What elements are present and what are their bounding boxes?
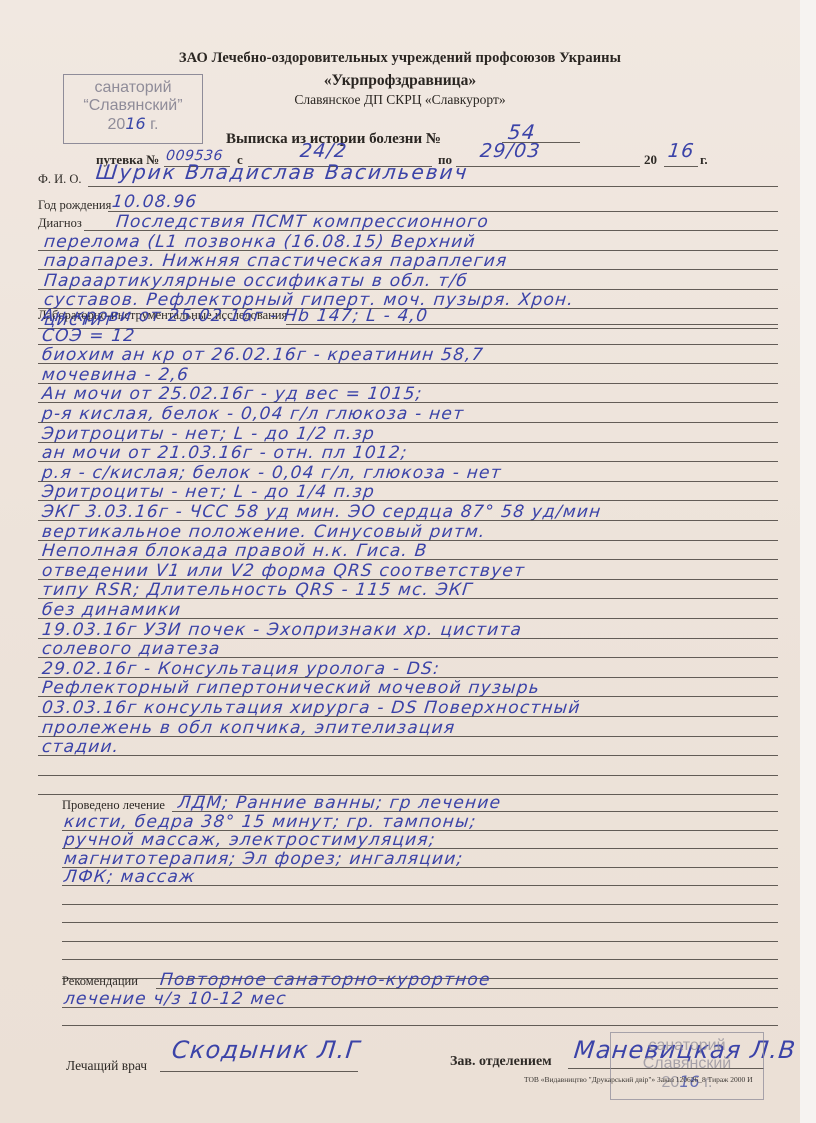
labs-line-text: без динамики — [41, 600, 182, 620]
labs-line-text: стадии. — [41, 737, 120, 757]
treat-line-text: кисти, бедра 38° 15 минут; гр. тампоны; — [63, 812, 478, 832]
ruled-line — [38, 736, 778, 737]
stamp-bottom-line1: санаторий — [611, 1037, 763, 1055]
scan-edge — [800, 0, 816, 1123]
voucher-year-line — [664, 166, 698, 167]
labs-line-text: ан мочи от 21.03.16г - отн. пл 1012; — [41, 443, 409, 463]
patient-name: Шурик Владислав Васильевич — [95, 160, 470, 184]
doctor-label: Лечащий врач — [66, 1058, 147, 1074]
diag-line-text: Последствия ПСМТ компрессионного — [115, 212, 490, 232]
treat-line-text: магнитотерапия; Эл форез; ингаляции; — [63, 849, 465, 869]
treat-line-text: ЛФК; массаж — [63, 867, 197, 887]
printer-note: ТОВ «Видавництво "Друкарський двір"» Зак… — [524, 1075, 753, 1084]
ruled-line — [286, 324, 778, 325]
treat-line-text: ручной массаж, электростимуляция; — [63, 830, 437, 850]
recommendations-label: Рекомендации — [62, 974, 138, 989]
treatment-label: Проведено лечение — [62, 798, 165, 813]
labs-line-text: мочевина - 2,6 — [41, 365, 190, 385]
diag-line-text: парапарез. Нижняя спастическая параплеги… — [43, 251, 509, 271]
birth-date: 10.08.96 — [111, 192, 198, 212]
labs-line-text: Неполная блокада правой н.к. Гиса. В — [41, 541, 429, 561]
labs-line-text: биохим ан кр от 26.02.16г - креатинин 58… — [41, 345, 485, 365]
ruled-line — [38, 755, 778, 756]
sanatorium-stamp-bottom: санаторий Славянский 2016 г. — [610, 1032, 764, 1100]
labs-line-text: типу RSR; Длительность QRS - 115 мс. ЭКГ — [41, 580, 474, 600]
ruled-line — [38, 716, 778, 717]
voucher-year-handwritten: 16 — [667, 140, 696, 162]
labs-line-text: Ан мочи от 25.02.16г - уд вес = 1015; — [41, 384, 424, 404]
ruled-line — [62, 1007, 778, 1008]
recs-line-text: Повторное санаторно-курортное — [159, 970, 492, 990]
ruled-line — [62, 922, 778, 923]
diagnosis-label: Диагноз — [38, 216, 82, 231]
voucher-to-line — [456, 166, 640, 167]
head-label: Зав. отделением — [450, 1054, 552, 1070]
labs-line-text: р.я - с/кислая; белок - 0,04 г/л, глюкоз… — [41, 463, 503, 483]
stamp-year-prefix: 20 — [108, 116, 126, 133]
birth-year-label: Год рождения — [38, 198, 111, 213]
labs-line-text: пролежень в обл копчика, эпителизация — [41, 718, 456, 738]
labs-line-text: СОЭ = 12 — [41, 326, 137, 346]
organization-name: ЗАО Лечебно-оздоровительных учреждений п… — [0, 50, 800, 67]
ruled-line — [38, 618, 778, 619]
ruled-line — [62, 904, 778, 905]
voucher-year-suffix: г. — [700, 152, 708, 168]
ruled-line — [38, 775, 778, 776]
labs-line-text: вертикальное положение. Синусовый ритм. — [41, 522, 487, 542]
voucher-to-date: 29/03 — [479, 140, 542, 162]
ruled-line — [38, 269, 778, 270]
ruled-line — [62, 885, 778, 886]
ruled-line — [62, 959, 778, 960]
doctor-line — [160, 1071, 358, 1072]
voucher-from-date: 24/2 — [299, 140, 349, 162]
labs-line-text: Рефлекторный гипертонический мочевой пуз… — [41, 678, 541, 698]
stamp-year: 2016 г. — [64, 115, 202, 134]
doctor-signature: Скодыник Л.Г — [171, 1036, 362, 1064]
document-page: ЗАО Лечебно-оздоровительных учреждений п… — [0, 0, 800, 1123]
stamp-line1: санаторий — [64, 79, 202, 97]
labs-line-text: 19.03.16г УЗИ почек - Эхопризнаки хр. ци… — [41, 620, 523, 640]
stamp-line2: “Славянский” — [64, 97, 202, 115]
patient-name-label: Ф. И. О. — [38, 172, 82, 187]
labs-line-text: Ан крови от 25.02.16г - Hb 147; L - 4,0 — [41, 306, 429, 326]
ruled-line — [38, 328, 778, 329]
stamp-year-suffix: г. — [146, 116, 159, 133]
labs-line-text: отведении V1 или V2 форма QRS соответств… — [41, 561, 526, 581]
labs-line-text: 03.03.16г консультация хирурга - DS Пове… — [41, 698, 582, 718]
ruled-line — [38, 422, 778, 423]
patient-name-line — [88, 186, 778, 187]
labs-line-text: 29.02.16г - Консультация уролога - DS: — [41, 659, 441, 679]
diag-line-text: Параартикулярные оссификаты в обл. т/б — [43, 271, 469, 291]
stamp-year-handwritten: 16 — [125, 114, 145, 133]
recs-line-text: лечение ч/з 10-12 мес — [63, 989, 288, 1009]
treat-line-text: ЛДМ; Ранние ванны; гр лечение — [177, 793, 502, 813]
diag-line-text: перелома (L1 позвонка (16.08.15) Верхний — [43, 232, 477, 252]
ruled-line — [38, 520, 778, 521]
ruled-line — [84, 230, 778, 231]
labs-line-text: Эритроциты - нет; L - до 1/4 п.зр — [41, 482, 376, 502]
labs-line-text: р-я кислая, белок - 0,04 г/л глюкоза - н… — [41, 404, 465, 424]
labs-line-text: солевого диатеза — [41, 639, 222, 659]
sanatorium-stamp: санаторий “Славянский” 2016 г. — [63, 74, 203, 144]
stamp-bottom-line2: Славянский — [611, 1055, 763, 1073]
labs-line-text: ЭКГ 3.03.16г - ЧСС 58 уд мин. ЭО сердца … — [41, 502, 603, 522]
ruled-line — [62, 941, 778, 942]
ruled-line — [62, 1025, 778, 1026]
voucher-year-prefix: 20 — [644, 152, 657, 168]
labs-line-text: Эритроциты - нет; L - до 1/2 п.зр — [41, 424, 376, 444]
